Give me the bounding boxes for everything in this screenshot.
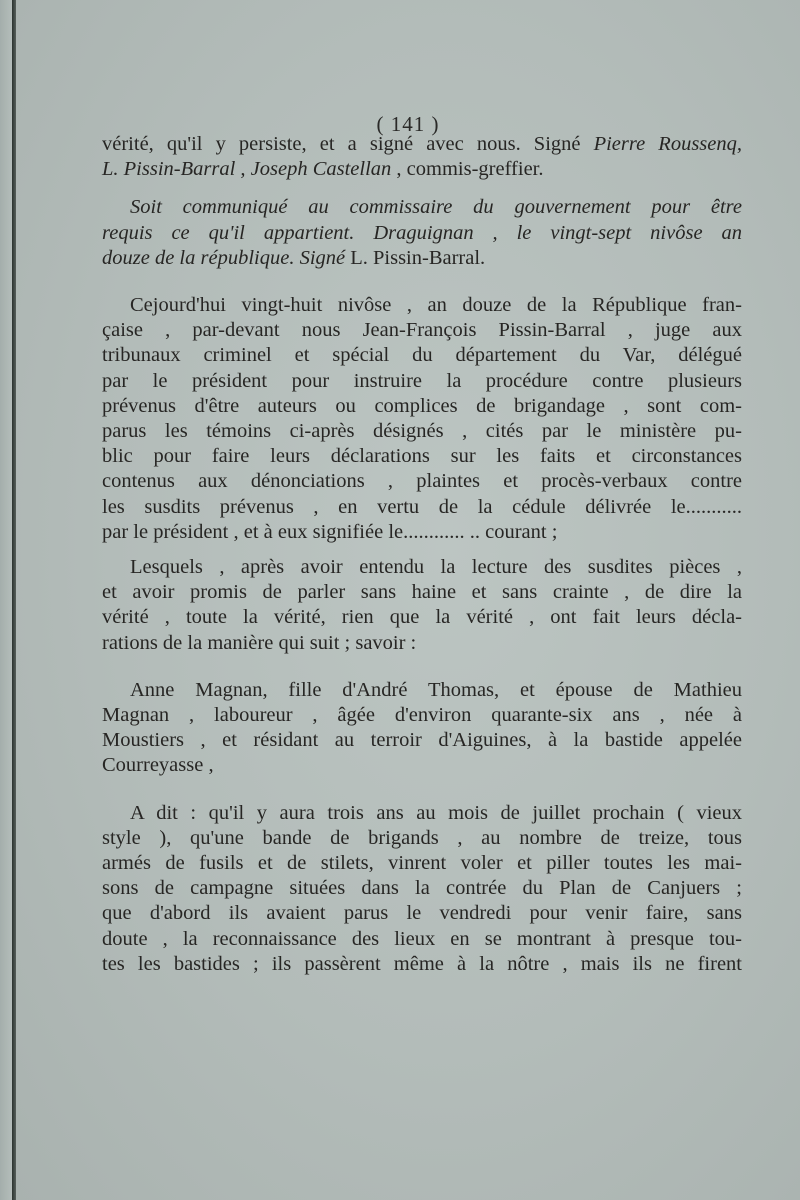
text-line: A dit : qu'il y aura trois ans au mois d… bbox=[102, 801, 742, 826]
text-line: style ), qu'une bande de brigands , au n… bbox=[102, 826, 742, 851]
text-line: sons de campagne situées dans la contrée… bbox=[102, 876, 742, 901]
signature-names: L. Pissin-Barral , Joseph Castellan bbox=[102, 158, 391, 180]
text-line: Moustiers , et résidant au terroir d'Aig… bbox=[102, 728, 742, 753]
text-line: Lesquels , après avoir entendu la lectur… bbox=[102, 555, 742, 580]
text-line: par le président , et à eux signifiée le… bbox=[102, 520, 742, 545]
paragraph-witness-identity: Anne Magnan, fille d'André Thomas, et ép… bbox=[102, 678, 742, 779]
text-line: Cejourd'hui vingt-huit nivôse , an douze… bbox=[102, 293, 742, 318]
paragraph-witness-testimony: A dit : qu'il y aura trois ans au mois d… bbox=[102, 801, 742, 977]
paragraph-proceedings-intro: Cejourd'hui vingt-huit nivôse , an douze… bbox=[102, 293, 742, 545]
book-page: ( 141 ) vérité, qu'il y persiste, et a s… bbox=[16, 0, 800, 1200]
text-line: Magnan , laboureur , âgée d'environ quar… bbox=[102, 703, 742, 728]
text-line: doute , la reconnaissance des lieux en s… bbox=[102, 927, 742, 952]
text-line: les susdits prévenus , en vertu de la cé… bbox=[102, 495, 742, 520]
paragraph-witness-oath: Lesquels , après avoir entendu la lectur… bbox=[102, 555, 742, 656]
signature-name: Pierre Roussenq, bbox=[594, 133, 742, 155]
text-line: vérité, qu'il y persiste, et a signé ave… bbox=[102, 132, 742, 157]
text-line: contenus aux dénonciations , plaintes et… bbox=[102, 469, 742, 494]
text-line: armés de fusils et de stilets, vinrent v… bbox=[102, 851, 742, 876]
text-line: rations de la manière qui suit ; savoir … bbox=[102, 631, 742, 656]
text-line: Courreyasse , bbox=[102, 753, 742, 778]
text-line: blic pour faire leurs déclarations sur l… bbox=[102, 444, 742, 469]
text-line: prévenus d'être auteurs ou complices de … bbox=[102, 394, 742, 419]
text-line: par le président pour instruire la procé… bbox=[102, 369, 742, 394]
paragraph-signature-continuation: vérité, qu'il y persiste, et a signé ave… bbox=[102, 132, 742, 182]
paragraph-order-communique: Soit communiqué au commissaire du gouver… bbox=[102, 195, 742, 271]
text-line: çaise , par-devant nous Jean-François Pi… bbox=[102, 318, 742, 343]
text-line: vérité , toute la vérité, rien que la vé… bbox=[102, 605, 742, 630]
signature-name: L. Pissin-Barral. bbox=[350, 247, 485, 269]
text-line: L. Pissin-Barral , Joseph Castellan , co… bbox=[102, 157, 742, 182]
book-spine-edge bbox=[0, 0, 12, 1200]
text-line: Soit communiqué au commissaire du gouver… bbox=[102, 195, 742, 220]
text-line: parus les témoins ci-après désignés , ci… bbox=[102, 419, 742, 444]
text-line: tes les bastides ; ils passèrent même à … bbox=[102, 952, 742, 977]
text-line: que d'abord ils avaient parus le vendred… bbox=[102, 901, 742, 926]
text-line: douze de la république. Signé L. Pissin-… bbox=[102, 246, 742, 271]
text-line: tribunaux criminel et spécial du départe… bbox=[102, 343, 742, 368]
text-line: et avoir promis de parler sans haine et … bbox=[102, 580, 742, 605]
page-text-body: vérité, qu'il y persiste, et a signé ave… bbox=[102, 132, 742, 977]
text-line: requis ce qu'il appartient. Draguignan ,… bbox=[102, 221, 742, 246]
text-line: Anne Magnan, fille d'André Thomas, et ép… bbox=[102, 678, 742, 703]
